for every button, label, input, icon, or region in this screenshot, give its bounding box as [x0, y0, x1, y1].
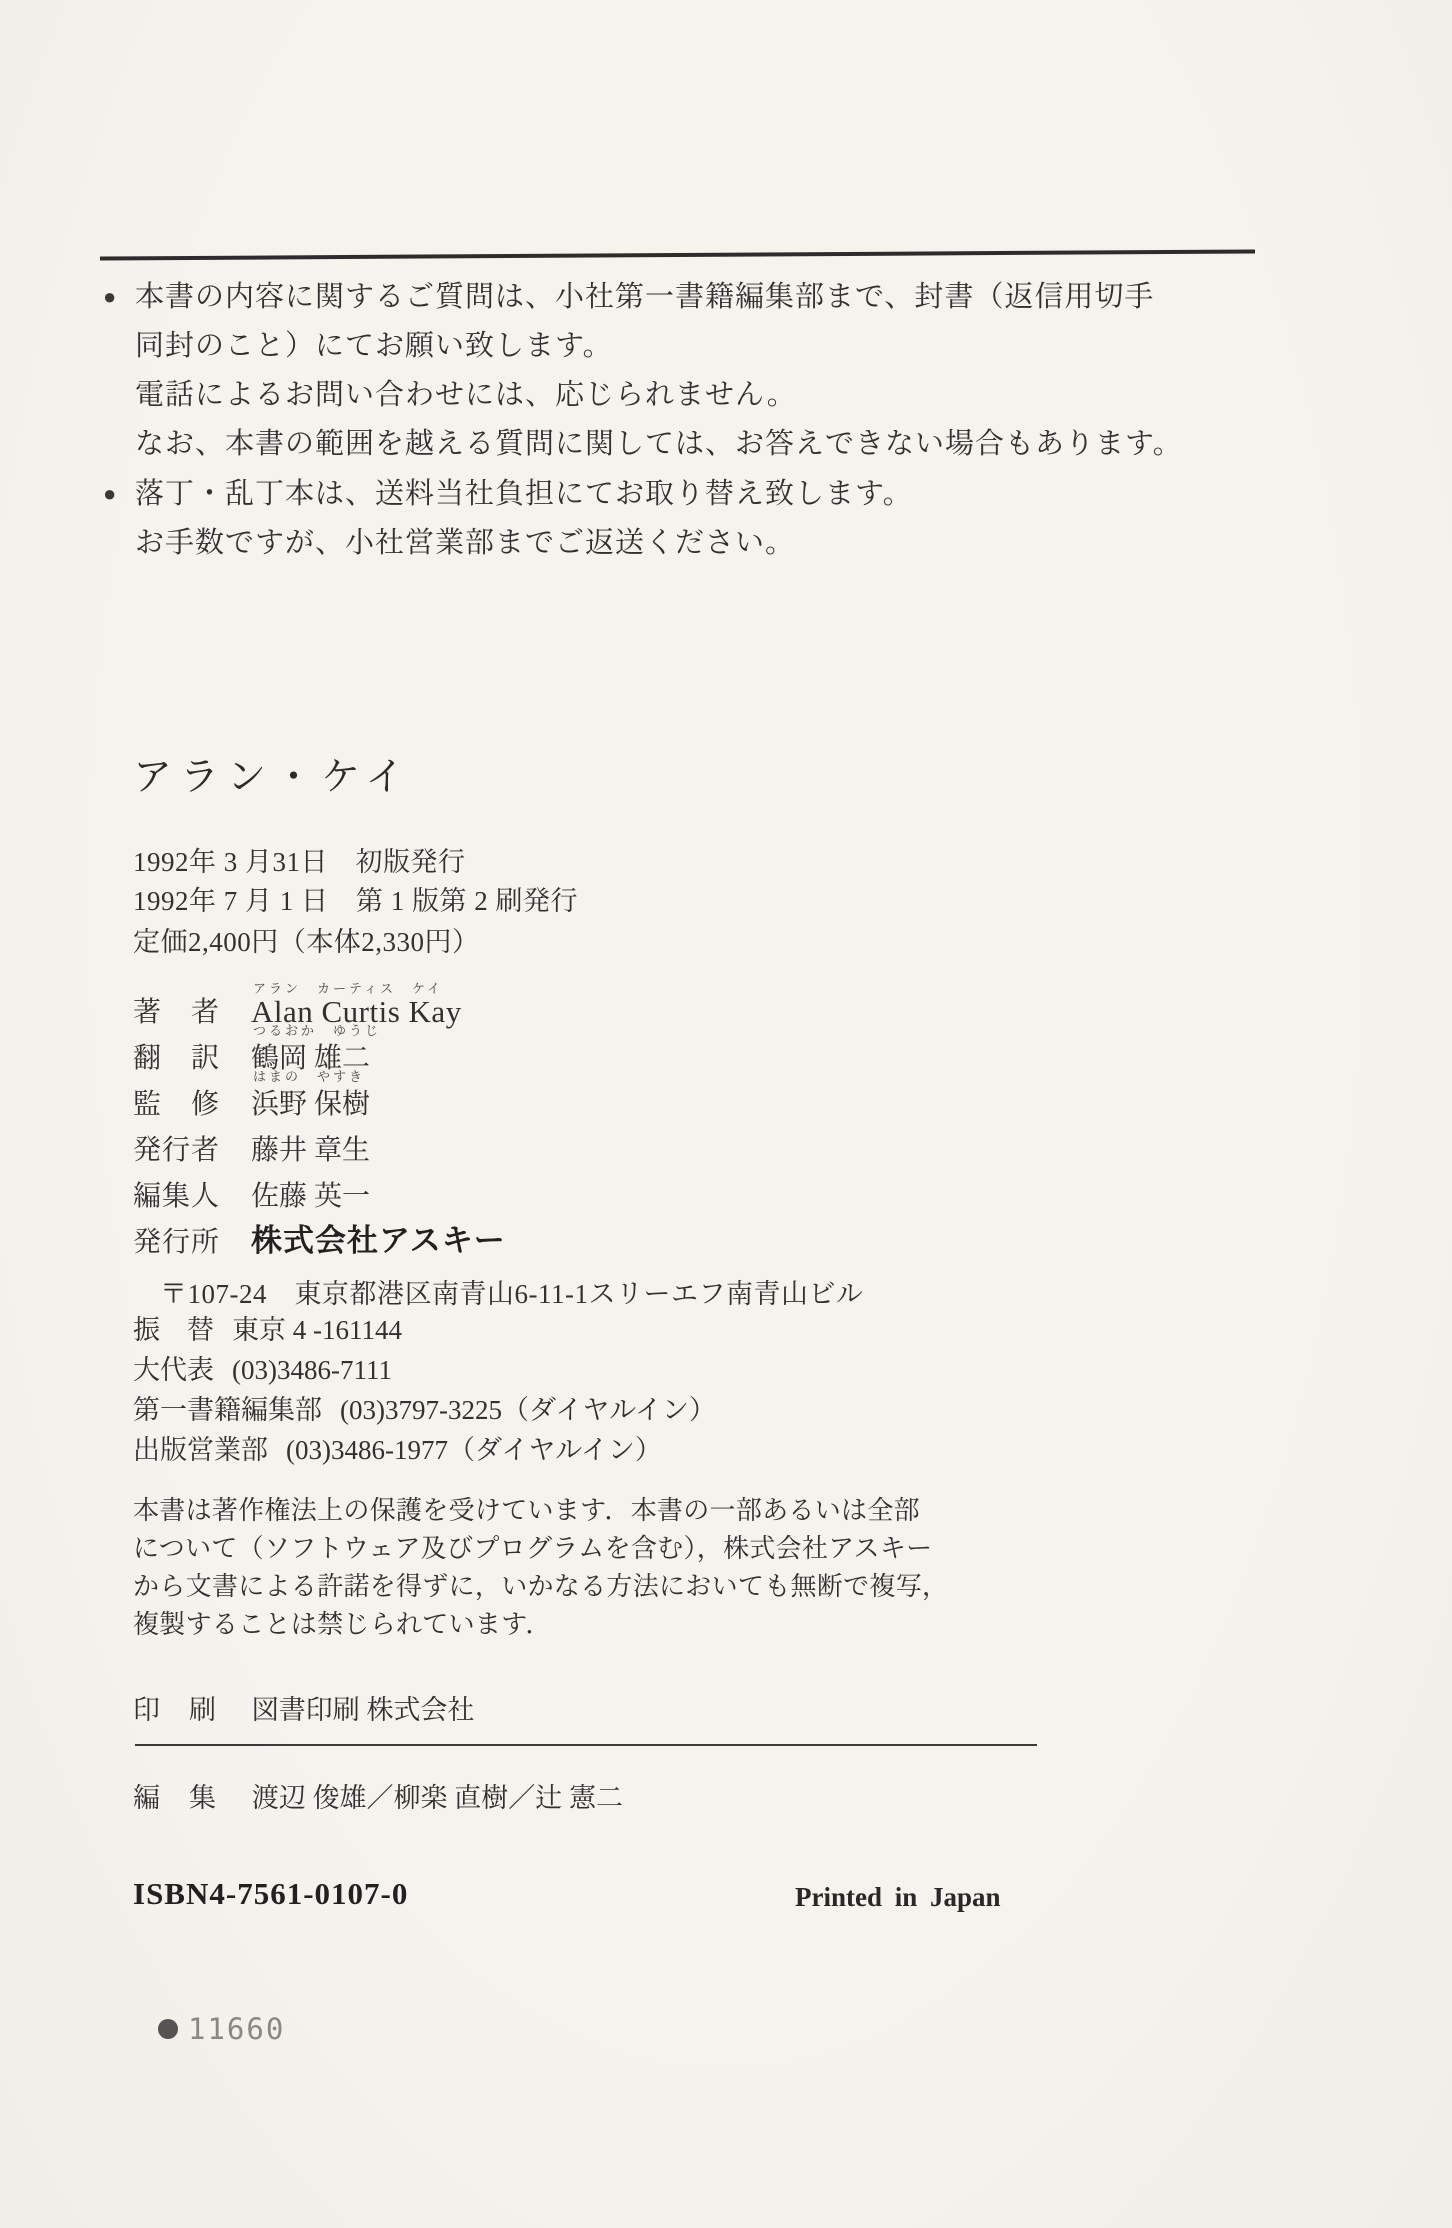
bullet-icon: ●: [103, 469, 135, 518]
copyright-line: 本書は著作権法上の保護を受けています．本書の一部あるいは全部: [133, 1492, 923, 1530]
contact-value: 東京 4 -161144: [232, 1315, 402, 1345]
top-divider-rule: [100, 249, 1255, 260]
editors-label: 編 集: [133, 1776, 245, 1815]
contact-label: 振 替: [133, 1315, 214, 1345]
contact-label: 出版営業部: [133, 1435, 268, 1465]
notice-line: ●落丁・乱丁本は、送料当社負担にてお取り替え致します。: [103, 469, 1403, 519]
credit-row-publishing-company: 発行所 株式会社アスキー: [133, 1214, 506, 1260]
contact-value: (03)3486-7111: [232, 1355, 392, 1385]
credit-label: 監 修: [133, 1082, 251, 1122]
price-line: 定価2,400円（本体2,330円）: [133, 920, 480, 959]
sales-phone-line: 出版営業部(03)3486-1977（ダイヤルイン）: [133, 1430, 716, 1470]
furigana-text: つるおか ゆうじ: [253, 1020, 381, 1039]
edition-dates: 1992年 3 月31日 初版発行 1992年 7 月 1 日 第 1 版第 2…: [133, 843, 578, 921]
credit-label: 発行者: [133, 1128, 251, 1168]
colophon-page: ●本書の内容に関するご質問は、小社第一書籍編集部まで、封書（返信用切手 同封のこ…: [0, 0, 1452, 2228]
editor-in-chief-name: 佐藤 英一: [251, 1174, 370, 1214]
notice-line: お手数ですが、小社営業部までご返送ください。: [103, 519, 1403, 568]
copyright-line: 複製することは禁じられています．: [133, 1606, 923, 1644]
editors-line: 編 集 渡辺 俊雄／柳楽 直樹／辻 憲二: [133, 1776, 623, 1815]
credit-value: はまの やすき浜野 保樹: [251, 1082, 370, 1122]
copyright-notice: 本書は著作権法上の保護を受けています．本書の一部あるいは全部 について（ソフトウ…: [133, 1492, 923, 1644]
contact-label: 第一書籍編集部: [133, 1395, 322, 1425]
printed-in-japan-label: Printed in Japan: [795, 1882, 1001, 1913]
book-editorial-phone-line: 第一書籍編集部(03)3797-3225（ダイヤルイン）: [133, 1390, 716, 1430]
editors-names: 渡辺 俊雄／柳楽 直樹／辻 憲二: [252, 1783, 623, 1813]
publisher-company-name: 株式会社アスキー: [251, 1215, 506, 1260]
printer-label: 印 刷: [133, 1688, 245, 1727]
credit-row-editor-in-chief: 編集人 佐藤 英一: [133, 1168, 506, 1214]
contact-value: (03)3797-3225（ダイヤルイン）: [340, 1395, 716, 1425]
postal-transfer-line: 振 替東京 4 -161144: [133, 1310, 716, 1350]
supervisor-name: 浜野 保樹: [251, 1089, 370, 1120]
contact-block: 振 替東京 4 -161144 大代表(03)3486-7111 第一書籍編集部…: [133, 1310, 716, 1470]
main-phone-line: 大代表(03)3486-7111: [133, 1350, 716, 1390]
notice-line: なお、本書の範囲を越える質問に関しては、お答えできない場合もあります。: [103, 420, 1403, 469]
notice-text: 落丁・乱丁本は、送料当社負担にてお取り替え致します。: [135, 478, 913, 510]
code-number: 11660: [188, 2012, 285, 2046]
credit-row-supervisor: 監 修 はまの やすき浜野 保樹: [133, 1076, 506, 1122]
notice-text: 本書の内容に関するご質問は、小社第一書籍編集部まで、封書（返信用切手: [135, 281, 1154, 313]
furigana-text: はまの やすき: [253, 1066, 365, 1085]
first-edition-date: 1992年 3 月31日 初版発行: [133, 843, 578, 882]
credit-label: 発行所: [133, 1220, 251, 1260]
furigana-text: アラン カーティス ケイ: [253, 978, 443, 997]
notice-line: ●本書の内容に関するご質問は、小社第一書籍編集部まで、封書（返信用切手: [103, 272, 1403, 322]
credit-label: 著 者: [133, 990, 251, 1030]
bullet-icon: ●: [103, 272, 135, 321]
printer-name: 図書印刷 株式会社: [252, 1695, 475, 1725]
printer-line: 印 刷 図書印刷 株式会社: [133, 1688, 475, 1727]
publisher-person-name: 藤井 章生: [251, 1128, 370, 1168]
code-dot-icon: [158, 2019, 178, 2039]
notice-line: 電話によるお問い合わせには、応じられません。: [103, 371, 1403, 420]
publisher-address: 〒107-24 東京都港区南青山6-11-1スリーエフ南青山ビル: [160, 1272, 863, 1311]
book-title: アラン・ケイ: [133, 746, 412, 802]
credit-label: 編集人: [133, 1174, 251, 1214]
copyright-line: について（ソフトウェア及びプログラムを含む），株式会社アスキー: [133, 1530, 923, 1568]
contact-label: 大代表: [133, 1355, 214, 1385]
second-printing-date: 1992年 7 月 1 日 第 1 版第 2 刷発行: [133, 882, 578, 921]
mid-divider-rule: [135, 1744, 1037, 1746]
copyright-line: から文書による許諾を得ずに，いかなる方法においても無断で複写，: [133, 1568, 923, 1606]
isbn-number: ISBN4-7561-0107-0: [133, 1876, 408, 1912]
credit-row-publisher-person: 発行者 藤井 章生: [133, 1122, 506, 1168]
contact-value: (03)3486-1977（ダイヤルイン）: [286, 1435, 662, 1465]
reader-notice-block: ●本書の内容に関するご質問は、小社第一書籍編集部まで、封書（返信用切手 同封のこ…: [103, 272, 1403, 568]
credit-label: 翻 訳: [133, 1036, 251, 1076]
notice-line: 同封のこと）にてお願い致します。: [103, 322, 1403, 371]
credits-block: 著 者 アラン カーティス ケイAlan Curtis Kay 翻 訳 つるおか…: [133, 984, 506, 1260]
product-code: 11660: [158, 2012, 285, 2046]
